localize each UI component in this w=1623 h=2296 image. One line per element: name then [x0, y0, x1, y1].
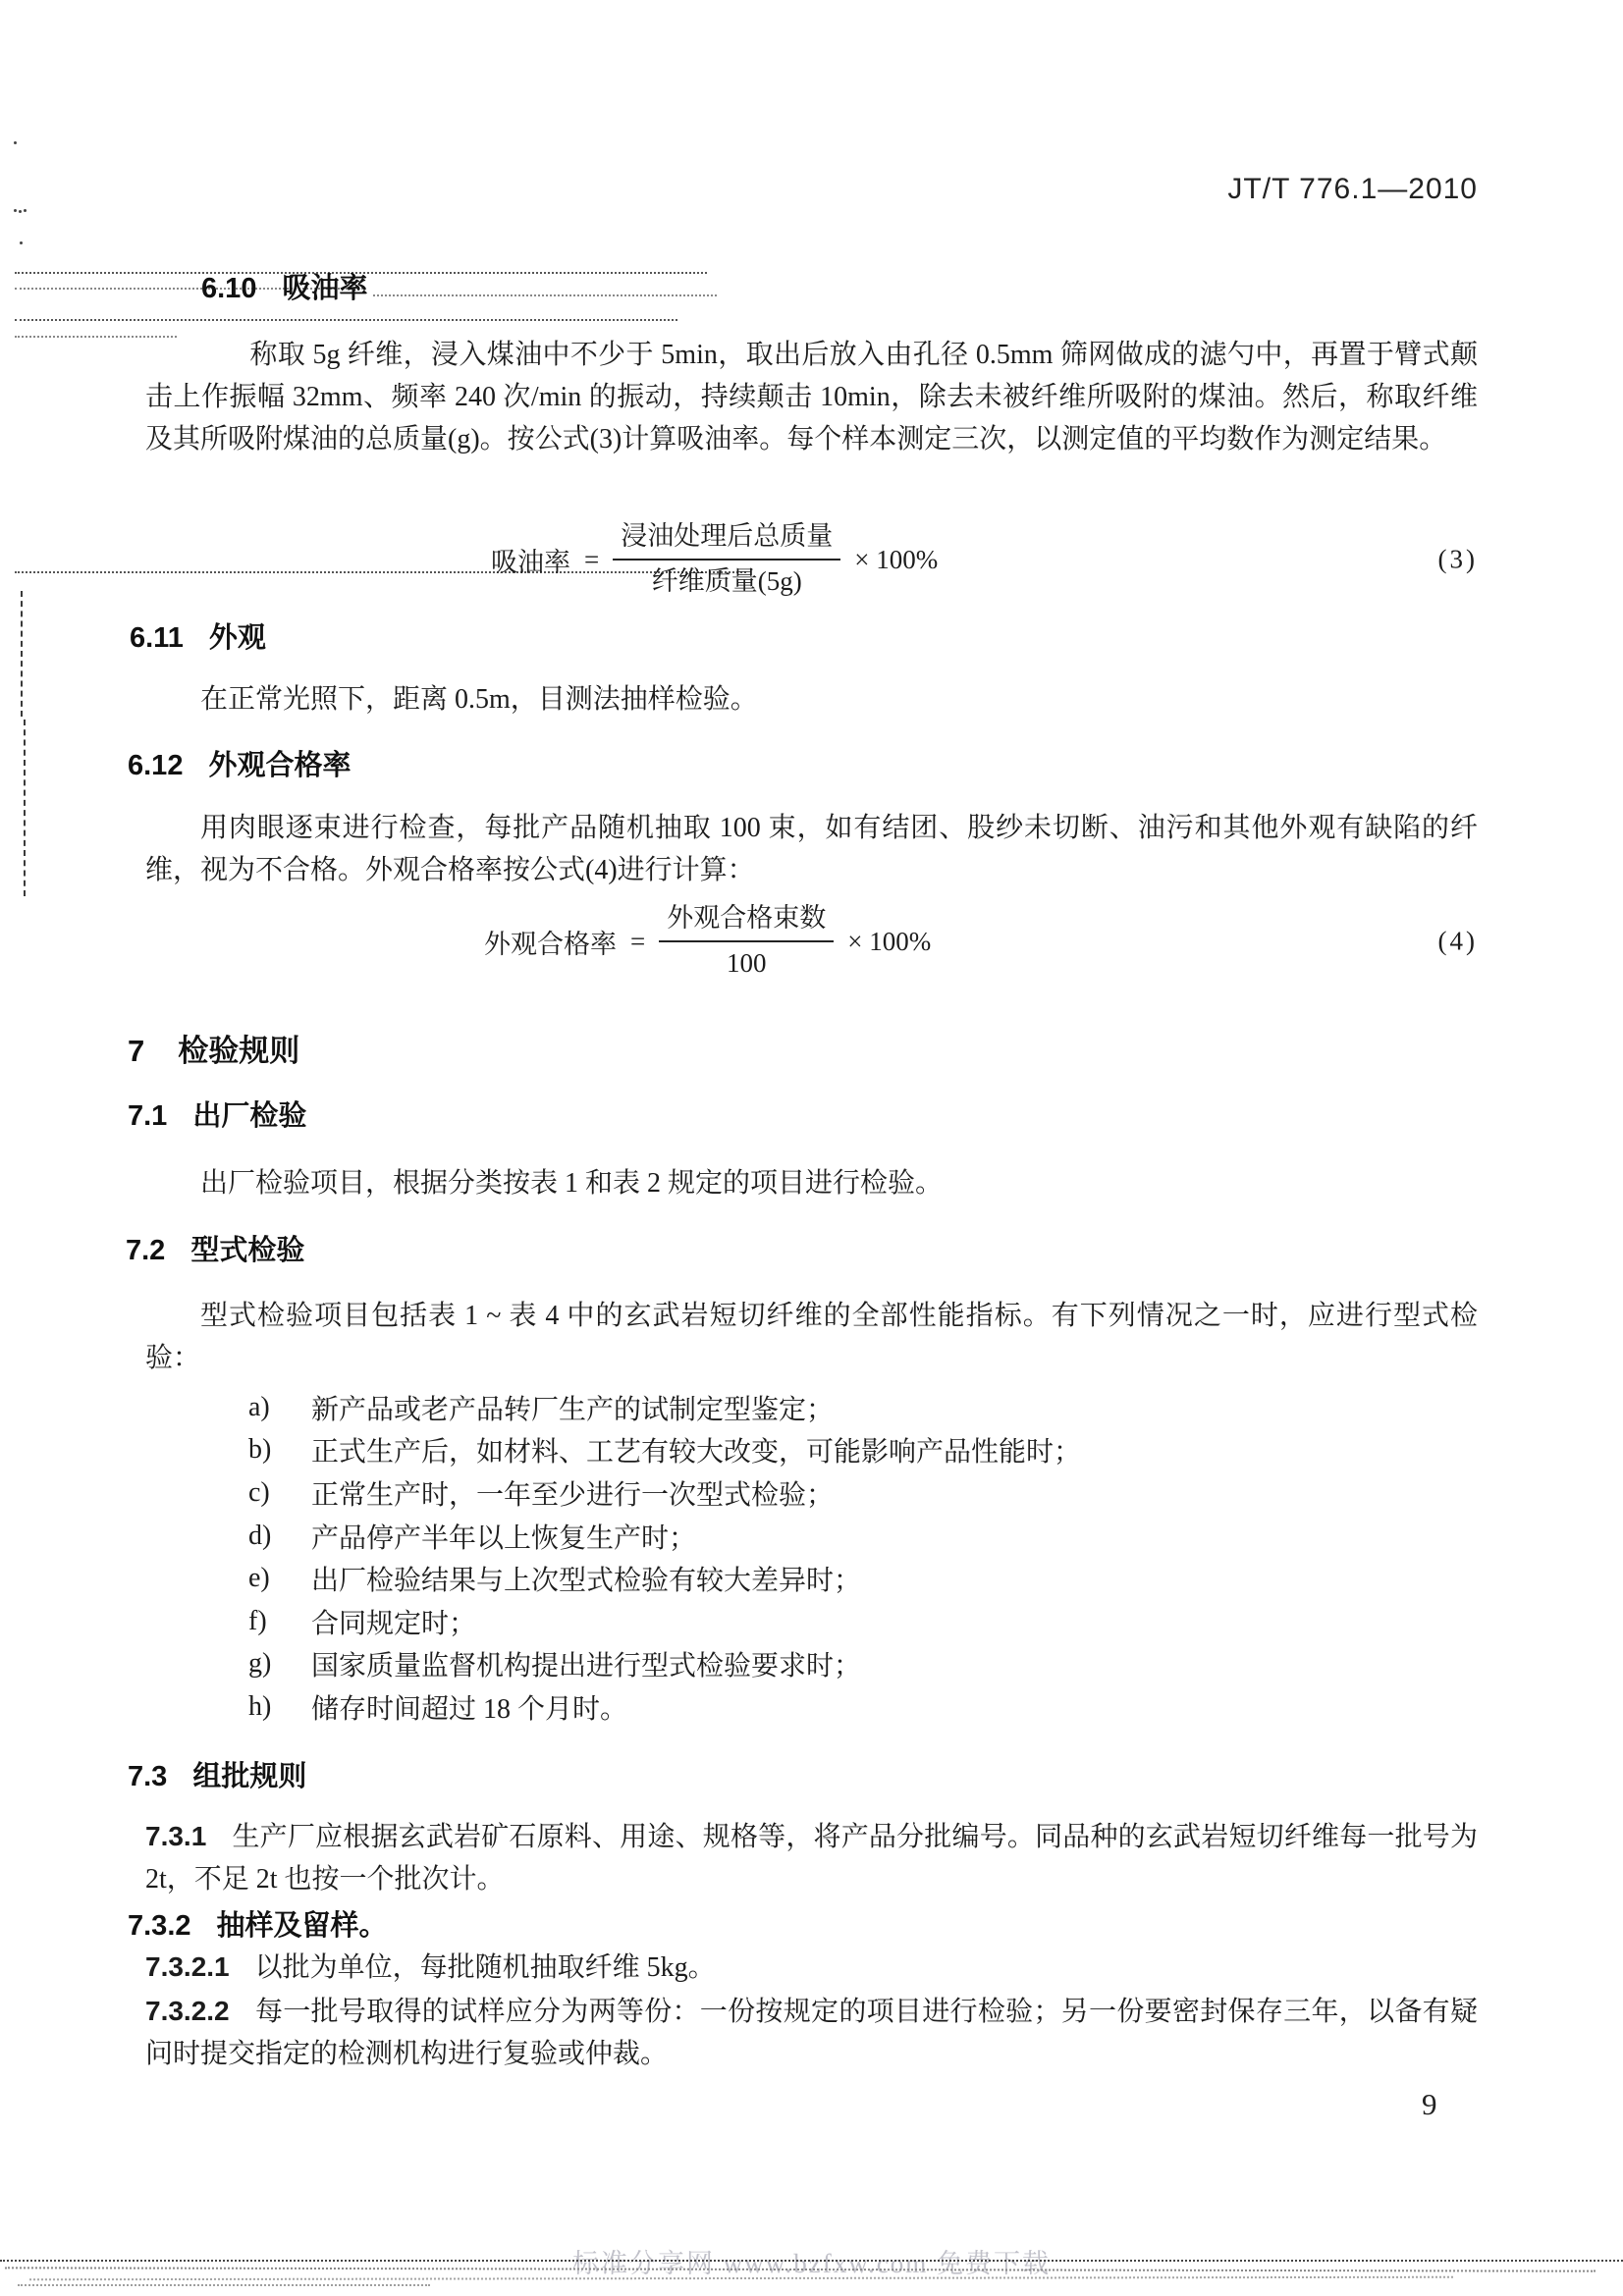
list-item-text: 正常生产时，一年至少进行一次型式检验； [311, 1473, 834, 1513]
heading-number: 7.3 [128, 1761, 167, 1792]
list-item-letter: g) [248, 1648, 311, 1680]
list-item-text: 储存时间超过 18 个月时。 [311, 1687, 627, 1727]
clause-text: 以批为单位，每批随机抽取纤维 5kg。 [255, 1952, 716, 1983]
heading-6-12: 6.12外观合格率 [128, 743, 351, 783]
formula-4-expression: 外观合格率 = 外观合格束数 100 × 100% [484, 902, 931, 981]
clause-number: 7.3.2.2 [145, 1996, 230, 2026]
list-item: a) 新产品或老产品转厂生产的试制定型鉴定； [248, 1386, 1476, 1429]
fraction-numerator: 外观合格束数 [659, 902, 834, 942]
paragraph-6-10: 称取 5g 纤维，浸入煤油中不少于 5min，取出后放入由孔径 0.5mm 筛网… [145, 334, 1478, 460]
formula-3-label: (3) [1438, 545, 1478, 575]
scan-artifact-speckle-row [18, 2284, 430, 2286]
list-item-letter: d) [248, 1521, 311, 1552]
standard-number-header: JT/T 776.1—2010 [1227, 173, 1478, 206]
clause-number: 7.3.2.1 [145, 1951, 230, 1982]
heading-title: 检验规则 [178, 1034, 299, 1068]
heading-7-3-2: 7.3.2抽样及留样。 [128, 1903, 388, 1944]
fraction-numerator: 浸油处理后总质量 [613, 520, 840, 561]
heading-title: 外观 [209, 622, 266, 654]
scan-speck [24, 209, 27, 212]
clause-text: 每一批号取得的试样应分为两等份：一份按规定的项目进行检验；另一份要密封保存三年，… [145, 1997, 1478, 2069]
formula-lhs: 外观合格率 [484, 923, 617, 961]
heading-7-2: 7.2型式检验 [126, 1228, 304, 1268]
heading-number: 6.11 [130, 622, 184, 654]
heading-6-11: 6.11外观 [130, 615, 266, 656]
heading-7-3: 7.3组批规则 [128, 1754, 306, 1794]
heading-title: 出厂检验 [192, 1100, 306, 1132]
heading-title: 组批规则 [192, 1761, 306, 1792]
paragraph-7-1: 出厂检验项目，根据分类按表 1 和表 2 规定的项目进行检验。 [145, 1162, 1478, 1204]
list-item: h) 储存时间超过 18 个月时。 [248, 1685, 1476, 1729]
formula-multiplier: × 100% [854, 545, 938, 575]
list-item-text: 产品停产半年以上恢复生产时； [311, 1517, 696, 1556]
list-item-letter: a) [248, 1392, 311, 1423]
heading-title: 抽样及留样。 [217, 1910, 388, 1942]
list-item: g) 国家质量监督机构提出进行型式检验要求时； [248, 1643, 1476, 1686]
heading-number: 7 [128, 1034, 144, 1068]
clause-text: 生产厂应根据玄武岩矿石原料、用途、规格等，将产品分批编号。同品种的玄武岩短切纤维… [145, 1822, 1478, 1895]
scan-speck [19, 210, 22, 213]
heading-number: 7.3.2 [128, 1910, 191, 1942]
list-item-text: 出厂检验结果与上次型式检验有较大差异时； [311, 1559, 861, 1598]
scan-speck [20, 241, 23, 244]
clause-7-3-2-1: 7.3.2.1以批为单位，每批随机抽取纤维 5kg。 [145, 1946, 1478, 1989]
heading-title: 吸油率 [282, 273, 367, 304]
heading-number: 7.2 [126, 1235, 165, 1266]
scan-artifact-dotted-line [0, 2260, 1623, 2262]
page-number: 9 [1422, 2087, 1437, 2122]
paragraph-6-11: 在正常光照下，距离 0.5m，目测法抽样检验。 [145, 678, 1478, 721]
list-item: d) 产品停产半年以上恢复生产时； [248, 1515, 1476, 1558]
clause-7-3-2-2: 7.3.2.2每一批号取得的试样应分为两等份：一份按规定的项目进行检验；另一份要… [145, 1990, 1478, 2075]
fraction-denominator: 纤维质量(5g) [652, 561, 802, 599]
heading-title: 外观合格率 [208, 750, 351, 781]
heading-7-1: 7.1出厂检验 [128, 1094, 306, 1134]
equals-sign: = [630, 927, 645, 957]
list-item: e) 出厂检验结果与上次型式检验有较大差异时； [248, 1557, 1476, 1600]
heading-title: 型式检验 [190, 1235, 304, 1266]
list-item-letter: f) [248, 1606, 311, 1637]
heading-number: 7.1 [128, 1100, 167, 1132]
formula-lhs: 吸油率 [491, 541, 570, 579]
list-item-text: 合同规定时； [311, 1602, 476, 1641]
list-item-text: 新产品或老产品转厂生产的试制定型鉴定； [311, 1388, 834, 1427]
formula-4: 外观合格率 = 外观合格束数 100 × 100% (4) [145, 895, 1478, 988]
equals-sign: = [584, 545, 599, 575]
clause-7-3-1: 7.3.1生产厂应根据玄武岩矿石原料、用途、规格等，将产品分批编号。同品种的玄武… [145, 1815, 1478, 1900]
type-test-condition-list: a) 新产品或老产品转厂生产的试制定型鉴定； b) 正式生产后，如材料、工艺有较… [248, 1386, 1476, 1729]
list-item: c) 正常生产时，一年至少进行一次型式检验； [248, 1471, 1476, 1515]
fraction-denominator: 100 [727, 942, 767, 981]
scan-artifact-dotted-line [373, 294, 717, 296]
scan-speck [14, 209, 17, 212]
paragraph-7-2: 型式检验项目包括表 1 ~ 表 4 中的玄武岩短切纤维的全部性能指标。有下列情况… [145, 1295, 1478, 1379]
paragraph-6-12: 用肉眼逐束进行检查，每批产品随机抽取 100 束，如有结团、股纱未切断、油污和其… [145, 807, 1478, 891]
list-item: b) 正式生产后，如材料、工艺有较大改变，可能影响产品性能时； [248, 1429, 1476, 1472]
list-item-letter: b) [248, 1434, 311, 1466]
fraction: 浸油处理后总质量 纤维质量(5g) [613, 520, 840, 599]
formula-3: 吸油率 = 浸油处理后总质量 纤维质量(5g) × 100% (3) [145, 514, 1478, 605]
list-item: f) 合同规定时； [248, 1600, 1476, 1643]
heading-number: 6.10 [201, 273, 256, 304]
list-item-text: 国家质量监督机构提出进行型式检验要求时； [311, 1644, 861, 1683]
document-page: JT/T 776.1—2010 6.10吸油率 称取 5g 纤维，浸入煤油中不少… [0, 0, 1623, 2296]
heading-7: 7检验规则 [128, 1026, 299, 1070]
scan-artifact-dotted-line [15, 319, 677, 321]
list-item-text: 正式生产后，如材料、工艺有较大改变，可能影响产品性能时； [311, 1430, 1081, 1469]
clause-number: 7.3.1 [145, 1821, 206, 1851]
list-item-letter: h) [248, 1691, 311, 1723]
list-item-letter: e) [248, 1563, 311, 1594]
formula-4-label: (4) [1438, 927, 1478, 957]
list-item-letter: c) [248, 1477, 311, 1509]
fraction: 外观合格束数 100 [659, 902, 834, 981]
heading-number: 6.12 [128, 750, 183, 781]
scan-artifact-vertical-line [21, 591, 23, 717]
scan-artifact-vertical-line [24, 720, 26, 896]
formula-multiplier: × 100% [847, 927, 931, 957]
formula-3-expression: 吸油率 = 浸油处理后总质量 纤维质量(5g) × 100% [491, 520, 938, 599]
scan-speck [14, 141, 17, 144]
heading-6-10: 6.10吸油率 [201, 266, 367, 306]
